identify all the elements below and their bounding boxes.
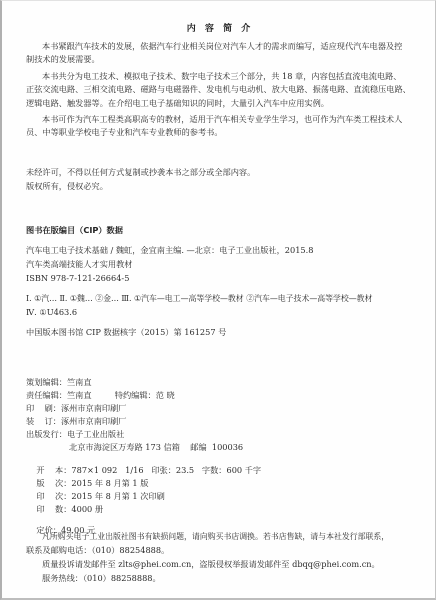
credit-label: 装 订： <box>26 416 61 426</box>
cip-series: 汽车类高端技能人才实用教材 <box>26 259 132 270</box>
credit-label: 特约编辑： <box>115 390 156 400</box>
text-line: 逻辑电路、触发器等。在介绍电工电子基础知识的同时，大量引入汽车中应用实例。 <box>26 97 411 110</box>
credit-label: 责任编辑： <box>26 390 67 400</box>
text-line: 本书紧跟汽车技术的发展，依据汽车行业相关岗位对汽车人才的需求而编写，适应现代汽车… <box>26 40 402 53</box>
credit-value: 竺南直 <box>67 390 92 400</box>
credit-label: 印 刷： <box>26 403 61 413</box>
cip-classification-1: Ⅰ. ①汽… Ⅱ. ①魏… ②金… Ⅲ. ①汽车—电工—高等学校—教材 ②汽车—… <box>26 293 372 304</box>
cip-record-number: 中国版本图书馆 CIP 数据核字（2015）第 161257 号 <box>26 327 226 338</box>
service-hotline: 服务热线：（010）88258888。 <box>42 573 161 584</box>
credit-value: 电子工业出版社 <box>67 429 124 439</box>
credit-value: 涿州市京南印刷厂 <box>61 416 127 426</box>
copyright-notice: 未经许可，不得以任何方式复制或抄袭本书之部分或全部内容。 <box>26 167 255 178</box>
intro-paragraph-1: 本书紧跟汽车技术的发展，依据汽车行业相关岗位对汽车人才的需求而编写，适应现代汽车… <box>26 40 402 67</box>
cip-heading: 图书在版编目（CIP）数据 <box>26 225 123 236</box>
publisher-address: 北京市海淀区万寿路 173 信箱 邮编 100036 <box>69 442 243 453</box>
copyright-page: 内 容 简 介 本书紧跟汽车技术的发展，依据汽车行业相关岗位对汽车人才的需求而编… <box>0 0 436 600</box>
credit-value: 涿州市京南印刷厂 <box>61 403 127 413</box>
credit-value: 竺南直 <box>67 377 92 387</box>
rights-reserved: 版权所有，侵权必究。 <box>26 181 108 192</box>
cip-classification-2: Ⅳ. ①U463.6 <box>26 307 77 317</box>
credit-responsible-editor: 责任编辑：竺南直 特约编辑：范 晓 <box>26 390 175 401</box>
intro-title: 内 容 简 介 <box>2 21 436 34</box>
complaint-email-line: 质量投诉请发邮件至 zlts@phei.com.cn，盗版侵权举报请发邮件至 d… <box>42 559 380 570</box>
credit-publisher: 出版发行：电子工业出版社 <box>26 429 124 440</box>
credit-printing: 印 刷：涿州市京南印刷厂 <box>26 403 127 414</box>
cip-isbn: ISBN 978-7-121-26664-5 <box>26 273 129 283</box>
credit-planning-editor: 策划编辑：竺南直 <box>26 377 92 388</box>
text-line: 本书共分为电工技术、模拟电子技术、数字电子技术三个部分，共 18 章，内容包括直… <box>26 70 411 83</box>
credit-label: 印 数： <box>36 504 71 514</box>
intro-paragraph-3: 本书可作为汽车工程类高职高专的教材，适用于汽车相关专业学生学习，也可作为汽车类工… <box>26 113 402 140</box>
credit-value: 范 晓 <box>156 390 175 400</box>
credit-value: 4000 册 <box>71 504 103 514</box>
text-line: 制技术的发展需要。 <box>26 53 402 66</box>
cip-bibliographic: 汽车电工电子技术基础 / 魏虹，金宜南主编. —北京：电子工业出版社，2015.… <box>26 245 313 256</box>
notice-line-2: 联系及邮购电话：（010）88254888。 <box>26 545 169 556</box>
text-line: 员、中等职业学校电子专业和汽车专业教师的参考书。 <box>26 126 402 139</box>
intro-paragraph-2: 本书共分为电工技术、模拟电子技术、数字电子技术三个部分，共 18 章，内容包括直… <box>26 70 411 110</box>
text-line: 本书可作为汽车工程类高职高专的教材，适用于汽车相关专业学生学习，也可作为汽车类工… <box>26 113 402 126</box>
credit-binding: 装 订：涿州市京南印刷厂 <box>26 416 127 427</box>
text-line: 正弦交流电路、三相交流电路、磁路与电磁器件、发电机与电动机、放大电路、振荡电路、… <box>26 83 411 96</box>
notice-line-1: 凡所购买电子工业出版社图书有缺损问题，请向购买书店调换。若书店售缺，请与本社发行… <box>42 531 389 542</box>
credit-label: 策划编辑： <box>26 377 67 387</box>
credit-label: 出版发行： <box>26 429 67 439</box>
